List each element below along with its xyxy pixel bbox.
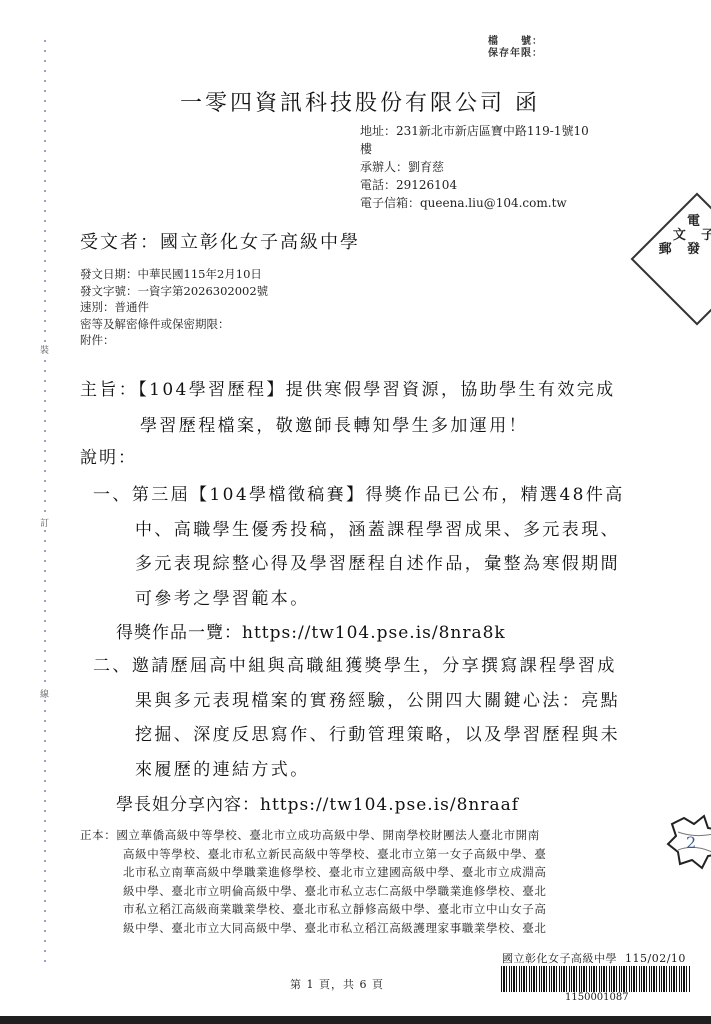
stamp-char: 發 [687, 238, 700, 257]
page-info: 第 1 頁，共 6 頁 [290, 976, 384, 992]
subject-line-2: 學習歷程檔案，敬邀師長轉知學生多加運用！ [80, 408, 616, 444]
receipt-org: 國立彰化女子高級中學 [502, 952, 617, 965]
item-line: 來履歷的連結方式。 [93, 753, 620, 788]
barcode-number: 1150001087 [565, 992, 629, 1003]
item-line: 中、高職學生優秀投稿，涵蓋課程學習成果、多元表現、 [93, 513, 625, 548]
cc-line: 北市私立南華高級中學職業進修學校、臺北市立建國高級中學、臺北市立成淵高 [80, 863, 547, 882]
electronic-delivery-stamp-icon: 電 文 子 郵 發 交 [631, 193, 711, 326]
sharing-link[interactable]: https://tw104.pse.is/8nraaf [260, 795, 519, 815]
sender-info: 地址：231新北市新店區寶中路119-1號10 樓 承辦人：劉育慈 電話：291… [360, 122, 589, 212]
sharing-link-label: 學長姐分享內容： [116, 795, 260, 815]
cc-line: 市私立稻江高級商業職業學校、臺北市私立靜修高級中學、臺北市立中山女子高 [80, 900, 547, 919]
item-line: 可參考之學習範本。 [93, 582, 625, 617]
document-number: 發文字號：一資字第2026302002號 [80, 283, 268, 300]
binding-mark-zhuang: 裝 [40, 343, 49, 356]
binding-mark-xian: 線 [40, 687, 49, 700]
cc-line: 高級中等學校、臺北市私立新民高級中等學校、臺北市立第一女子高級中學、臺 [80, 845, 547, 864]
retention-period-label: 保存年限： [488, 48, 543, 60]
item-line: 第三屆【104學檔徵稿賽】得獎作品已公布，精選48件高 [132, 485, 625, 505]
archive-info: 檔 號： 保存年限： [488, 36, 543, 60]
sender-email: 電子信箱：queena.liu@104.com.tw [360, 194, 589, 212]
awards-link-row: 得獎作品一覽：https://tw104.pse.is/8nra8k [116, 618, 506, 643]
awards-link-label: 得獎作品一覽： [116, 623, 242, 643]
carbon-copy-list: 正本：國立華僑高級中等學校、臺北市立成功高級中學、開南學校財團法人臺北市開南 高… [80, 826, 547, 937]
item-line: 多元表現綜整心得及學習歷程自述作品，彙整為寒假期間 [93, 547, 625, 582]
secrecy-level: 密等及解密條件或保密期限： [80, 316, 268, 333]
explanation-label: 說明： [80, 443, 137, 468]
document-meta: 發文日期：中華民國115年2月10日 發文字號：一資字第2026302002號 … [80, 266, 268, 349]
viewer-bottom-bar [0, 1016, 711, 1024]
sender-address-line1: 地址：231新北市新店區寶中路119-1號10 [360, 122, 589, 140]
document-title: 一零四資訊科技股份有限公司 函 [180, 86, 540, 117]
cc-line: 級中學、臺北市立大同高級中學、臺北市私立稻江高級護理家事職業學校、臺北 [80, 919, 547, 938]
awards-link[interactable]: https://tw104.pse.is/8nra8k [242, 623, 506, 643]
item-line: 挖掘、深度反思寫作、行動管理策略，以及學習歷程與未 [93, 718, 620, 753]
explanation-item-1: 一、第三屆【104學檔徵稿賽】得獎作品已公布，精選48件高 中、高職學生優秀投稿… [93, 478, 625, 616]
item-number: 一、 [93, 478, 132, 513]
svg-text:2: 2 [686, 833, 696, 852]
cc-line: 級中學、臺北市立明倫高級中學、臺北市私立志仁高級中學職業進修學校、臺北 [80, 882, 547, 901]
stamp-char: 文 [673, 224, 686, 243]
subject-line-1: 主旨：【104學習歷程】提供寒假學習資源，協助學生有效完成 [80, 372, 616, 408]
issue-date: 發文日期：中華民國115年2月10日 [80, 266, 268, 283]
archive-number-label: 檔 號： [488, 36, 543, 48]
cc-label: 正本： [80, 828, 116, 842]
recipient: 受文者：國立彰化女子高級中學 [80, 228, 360, 254]
stamp-char: 子 [701, 224, 711, 243]
attachments: 附件： [80, 332, 268, 349]
binding-dotted-line [44, 40, 46, 970]
item-line: 邀請歷屆高中組與高職組獲獎學生，分享撰寫課程學習成 [132, 656, 617, 676]
sender-contact: 承辦人：劉育慈 [360, 158, 589, 176]
receipt-date: 115/02/10 [625, 952, 686, 965]
seal-stamp-icon: 2 [664, 812, 711, 870]
cc-line: 國立華僑高級中等學校、臺北市立成功高級中學、開南學校財團法人臺北市開南 [116, 828, 540, 842]
stamp-char: 郵 [659, 238, 672, 257]
explanation-item-2: 二、邀請歷屆高中組與高職組獲獎學生，分享撰寫課程學習成 果與多元表現檔案的實務經… [93, 649, 620, 787]
sharing-link-row: 學長姐分享內容：https://tw104.pse.is/8nraaf [116, 790, 519, 815]
binding-mark-ding: 訂 [40, 516, 49, 529]
stamp-char: 電 [687, 210, 700, 229]
sender-phone: 電話：29126104 [360, 176, 589, 194]
item-number: 二、 [93, 649, 132, 684]
subject: 主旨：【104學習歷程】提供寒假學習資源，協助學生有效完成 學習歷程檔案，敬邀師… [80, 372, 616, 444]
delivery-speed: 速別：普通件 [80, 299, 268, 316]
receipt-stamp-label: 國立彰化女子高級中學 115/02/10 [502, 950, 686, 966]
item-line: 果與多元表現檔案的實務經驗，公開四大關鍵心法：亮點 [93, 684, 620, 719]
sender-address-line2: 樓 [360, 140, 589, 158]
barcode-icon [501, 966, 691, 992]
